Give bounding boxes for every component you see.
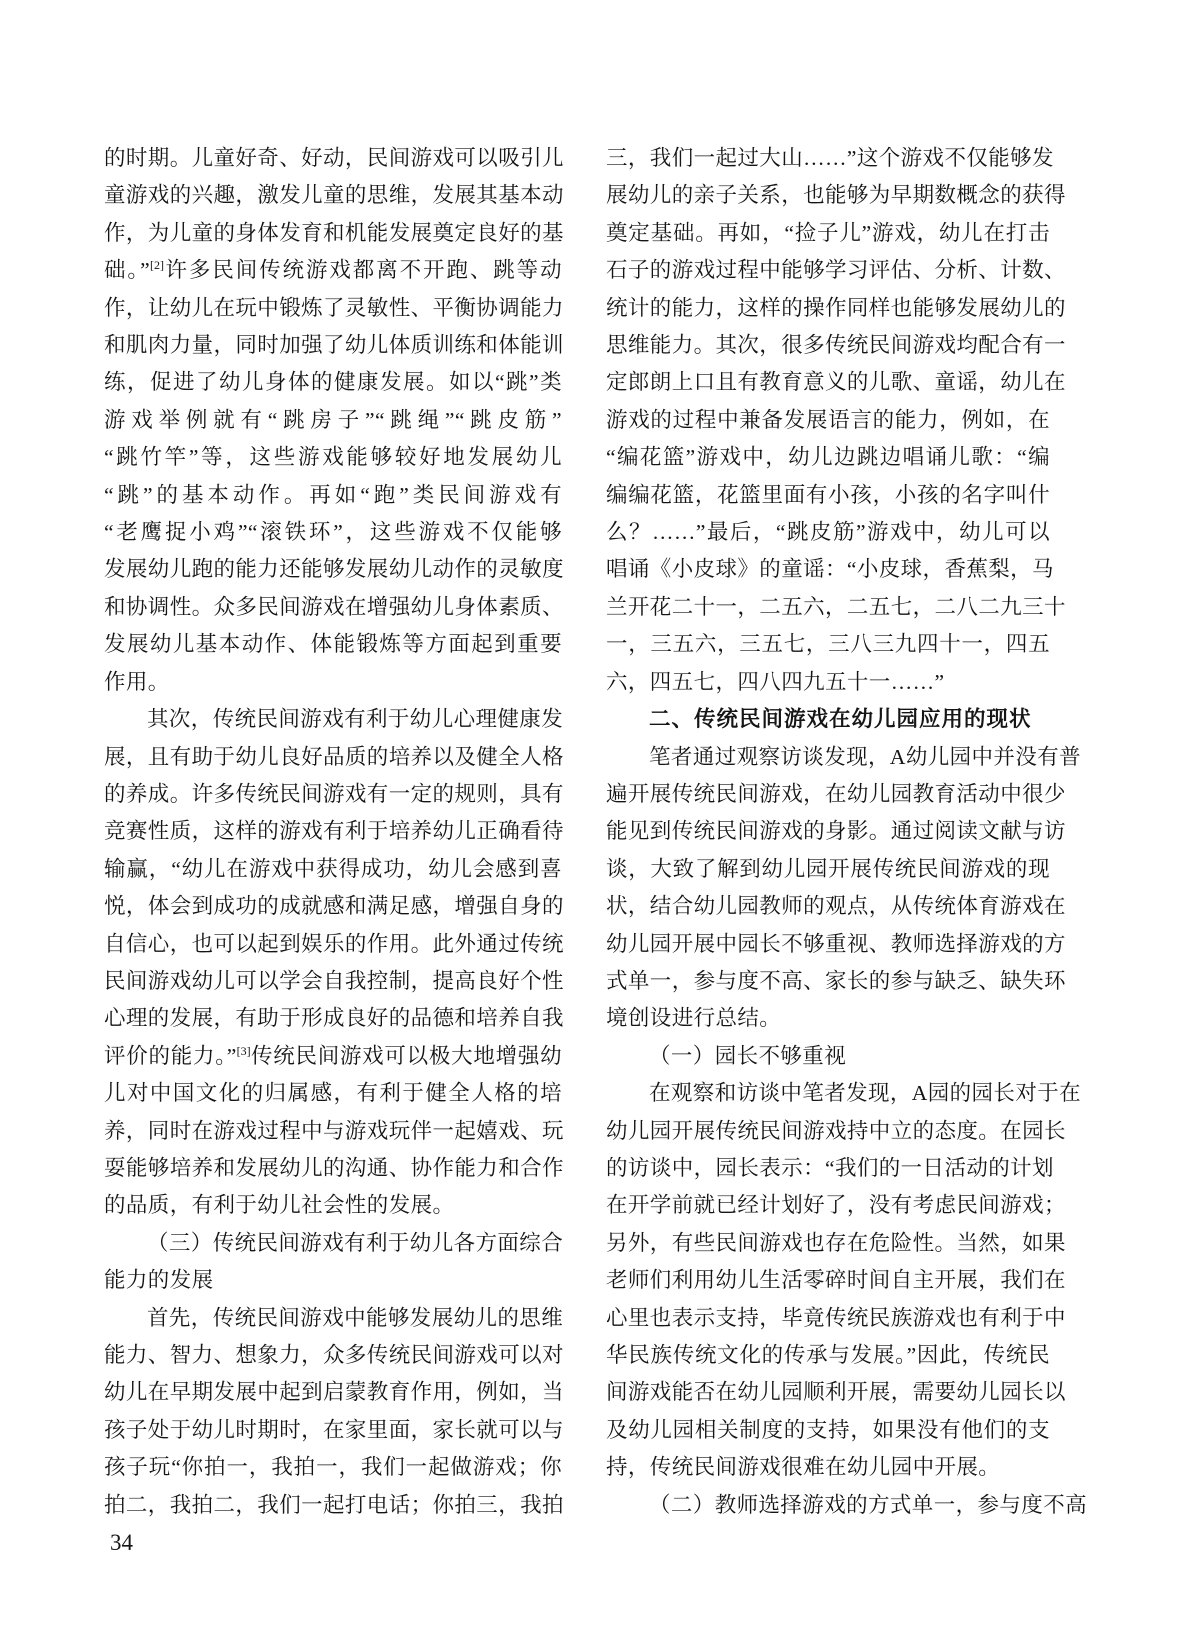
text-line: 幼儿园开展传统民间游戏持中立的态度。在园长 <box>606 1113 1050 1150</box>
text-line: 谈，大致了解到幼儿园开展传统民间游戏的现 <box>606 851 1050 888</box>
right-text-column: 三，我们一起过大山……”这个游戏不仅能够发展幼儿的亲子关系，也能够为早期数概念的… <box>606 140 1050 1524</box>
text-line: 竞赛性质，这样的游戏有利于培养幼儿正确看待 <box>104 813 562 850</box>
text-line: （三）传统民间游戏有利于幼儿各方面综合 <box>104 1225 562 1262</box>
text-line: 能力、智力、想象力，众多传统民间游戏可以对 <box>104 1337 562 1374</box>
text-line: 另外，有些民间游戏也存在危险性。当然，如果 <box>606 1225 1050 1262</box>
text-line: 耍能够培养和发展幼儿的沟通、协作能力和合作 <box>104 1150 562 1187</box>
text-line: 三，我们一起过大山……”这个游戏不仅能够发 <box>606 140 1050 177</box>
text-line: 奠定基础。再如，“捡子儿”游戏，幼儿在打击 <box>606 215 1050 252</box>
text-line: 的品质，有利于幼儿社会性的发展。 <box>104 1187 562 1224</box>
text-line: 儿对中国文化的归属感，有利于健全人格的培 <box>104 1075 562 1112</box>
text-line: 的时期。儿童好奇、好动，民间游戏可以吸引儿 <box>104 140 562 177</box>
text-line: 心里也表示支持，毕竟传统民族游戏也有利于中 <box>606 1300 1050 1337</box>
paper-page: 的时期。儿童好奇、好动，民间游戏可以吸引儿童游戏的兴趣，激发儿童的思维，发展其基… <box>0 0 1191 1650</box>
text-line: 首先，传统民间游戏中能够发展幼儿的思维 <box>104 1300 562 1337</box>
text-line: 华民族传统文化的传承与发展。”因此，传统民 <box>606 1337 1050 1374</box>
text-line: 童游戏的兴趣，激发儿童的思维，发展其基本动 <box>104 177 562 214</box>
text-line: 心理的发展，有助于形成良好的品德和培养自我 <box>104 1000 562 1037</box>
text-line: 展幼儿的亲子关系，也能够为早期数概念的获得 <box>606 177 1050 214</box>
text-line: 能力的发展 <box>104 1262 562 1299</box>
text-line: 的养成。许多传统民间游戏有一定的规则，具有 <box>104 776 562 813</box>
text-line: “跳竹竿”等，这些游戏能够较好地发展幼儿 <box>104 439 562 476</box>
text-line: 练，促进了幼儿身体的健康发展。如以“跳”类 <box>104 364 562 401</box>
text-line: 能见到传统民间游戏的身影。通过阅读文献与访 <box>606 813 1050 850</box>
text-line: 和协调性。众多民间游戏在增强幼儿身体素质、 <box>104 589 562 626</box>
text-line: 作，为儿童的身体发育和机能发展奠定良好的基 <box>104 215 562 252</box>
text-line: 定郎朗上口且有教育意义的儿歌、童谣，幼儿在 <box>606 364 1050 401</box>
text-line: 民间游戏幼儿可以学会自我控制，提高良好个性 <box>104 963 562 1000</box>
section-heading-line: 二、传统民间游戏在幼儿园应用的现状 <box>606 701 1050 738</box>
text-line: 思维能力。其次，很多传统民间游戏均配合有一 <box>606 327 1050 364</box>
citation-superscript: [2] <box>150 258 164 272</box>
page-number: 34 <box>110 1528 133 1558</box>
text-line: 游戏举例就有“跳房子”“跳绳”“跳皮筋” <box>104 402 562 439</box>
text-line: 持，传统民间游戏很难在幼儿园中开展。 <box>606 1449 1050 1486</box>
text-line: 笔者通过观察访谈发现，A幼儿园中并没有普 <box>606 739 1050 776</box>
text-line: 一，三五六，三五七，三八三九四十一，四五 <box>606 626 1050 663</box>
text-line: 幼儿园开展中园长不够重视、教师选择游戏的方 <box>606 926 1050 963</box>
text-line: 发展幼儿跑的能力还能够发展幼儿动作的灵敏度 <box>104 551 562 588</box>
text-line: 遍开展传统民间游戏，在幼儿园教育活动中很少 <box>606 776 1050 813</box>
text-line: 游戏的过程中兼备发展语言的能力，例如，在 <box>606 402 1050 439</box>
text-line: 其次，传统民间游戏有利于幼儿心理健康发 <box>104 701 562 738</box>
text-line: 六，四五七，四八四九五十一……” <box>606 664 1050 701</box>
text-line: 境创设进行总结。 <box>606 1000 1050 1037</box>
text-line: 输赢，“幼儿在游戏中获得成功，幼儿会感到喜 <box>104 851 562 888</box>
text-line: 兰开花二十一，二五六，二五七，二八二九三十 <box>606 589 1050 626</box>
text-line: 间游戏能否在幼儿园顺利开展，需要幼儿园长以 <box>606 1374 1050 1411</box>
text-line: 和肌肉力量，同时加强了幼儿体质训练和体能训 <box>104 327 562 364</box>
text-line: （二）教师选择游戏的方式单一，参与度不高 <box>606 1487 1050 1524</box>
text-line: 拍二，我拍二，我们一起打电话；你拍三，我拍 <box>104 1487 562 1524</box>
text-line: 式单一，参与度不高、家长的参与缺乏、缺失环 <box>606 963 1050 1000</box>
text-line: 幼儿在早期发展中起到启蒙教育作用，例如，当 <box>104 1374 562 1411</box>
text-line: 么？……”最后，“跳皮筋”游戏中，幼儿可以 <box>606 514 1050 551</box>
text-line: 础。”[2]许多民间传统游戏都离不开跑、跳等动 <box>104 252 562 289</box>
text-line: 评价的能力。”[3]传统民间游戏可以极大地增强幼 <box>104 1038 562 1075</box>
text-line: 统计的能力，这样的操作同样也能够发展幼儿的 <box>606 290 1050 327</box>
text-line: 唱诵《小皮球》的童谣：“小皮球，香蕉梨，马 <box>606 551 1050 588</box>
text-line: 在开学前就已经计划好了，没有考虑民间游戏； <box>606 1187 1050 1224</box>
text-line: 及幼儿园相关制度的支持，如果没有他们的支 <box>606 1412 1050 1449</box>
text-line: 孩子玩“你拍一，我拍一，我们一起做游戏；你 <box>104 1449 562 1486</box>
text-line: 在观察和访谈中笔者发现，A园的园长对于在 <box>606 1075 1050 1112</box>
left-text-column: 的时期。儿童好奇、好动，民间游戏可以吸引儿童游戏的兴趣，激发儿童的思维，发展其基… <box>104 140 562 1524</box>
text-line: “编花篮”游戏中，幼儿边跳边唱诵儿歌：“编 <box>606 439 1050 476</box>
citation-superscript: [3] <box>237 1044 251 1058</box>
text-line: 作，让幼儿在玩中锻炼了灵敏性、平衡协调能力 <box>104 290 562 327</box>
text-line: 悦，体会到成功的成就感和满足感，增强自身的 <box>104 888 562 925</box>
text-line: （一）园长不够重视 <box>606 1038 1050 1075</box>
text-line: 孩子处于幼儿时期时，在家里面，家长就可以与 <box>104 1412 562 1449</box>
text-line: 编编花篮，花篮里面有小孩，小孩的名字叫什 <box>606 477 1050 514</box>
text-line: 状，结合幼儿园教师的观点，从传统体育游戏在 <box>606 888 1050 925</box>
text-line: 石子的游戏过程中能够学习评估、分析、计数、 <box>606 252 1050 289</box>
text-line: 作用。 <box>104 664 562 701</box>
text-line: 的访谈中，园长表示：“我们的一日活动的计划 <box>606 1150 1050 1187</box>
text-line: 发展幼儿基本动作、体能锻炼等方面起到重要 <box>104 626 562 663</box>
text-line: 自信心，也可以起到娱乐的作用。此外通过传统 <box>104 926 562 963</box>
text-line: “跳”的基本动作。再如“跑”类民间游戏有 <box>104 477 562 514</box>
text-line: 展，且有助于幼儿良好品质的培养以及健全人格 <box>104 739 562 776</box>
text-line: 老师们利用幼儿生活零碎时间自主开展，我们在 <box>606 1262 1050 1299</box>
text-line: “老鹰捉小鸡”“滚铁环”，这些游戏不仅能够 <box>104 514 562 551</box>
text-line: 养，同时在游戏过程中与游戏玩伴一起嬉戏、玩 <box>104 1113 562 1150</box>
